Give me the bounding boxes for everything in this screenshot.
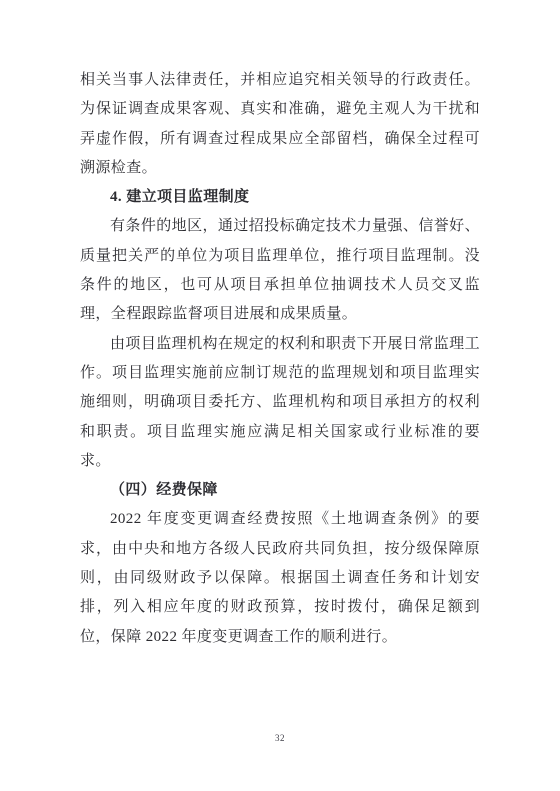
document-page: 相关当事人法律责任，并相应追究相关领导的行政责任。为保证调查成果客观、真实和准确… [0,0,560,791]
heading-funding-guarantee: （四）经费保障 [80,476,480,505]
heading-project-supervision-system: 4. 建立项目监理制度 [80,183,480,212]
paragraph-legal-responsibility: 相关当事人法律责任，并相应追究相关领导的行政责任。为保证调查成果客观、真实和准确… [80,66,480,183]
paragraph-supervision-implementation: 由项目监理机构在规定的权利和职责下开展日常监理工作。项目监理实施前应制订规范的监… [80,330,480,476]
page-content: 相关当事人法律责任，并相应追究相关领导的行政责任。为保证调查成果客观、真实和准确… [80,66,480,652]
paragraph-supervision-unit-selection: 有条件的地区，通过招投标确定技术力量强、信誉好、质量把关严的单位为项目监理单位，… [80,212,480,329]
page-number: 32 [0,733,560,743]
paragraph-funding-details: 2022 年度变更调查经费按照《土地调查条例》的要求，由中央和地方各级人民政府共… [80,505,480,651]
